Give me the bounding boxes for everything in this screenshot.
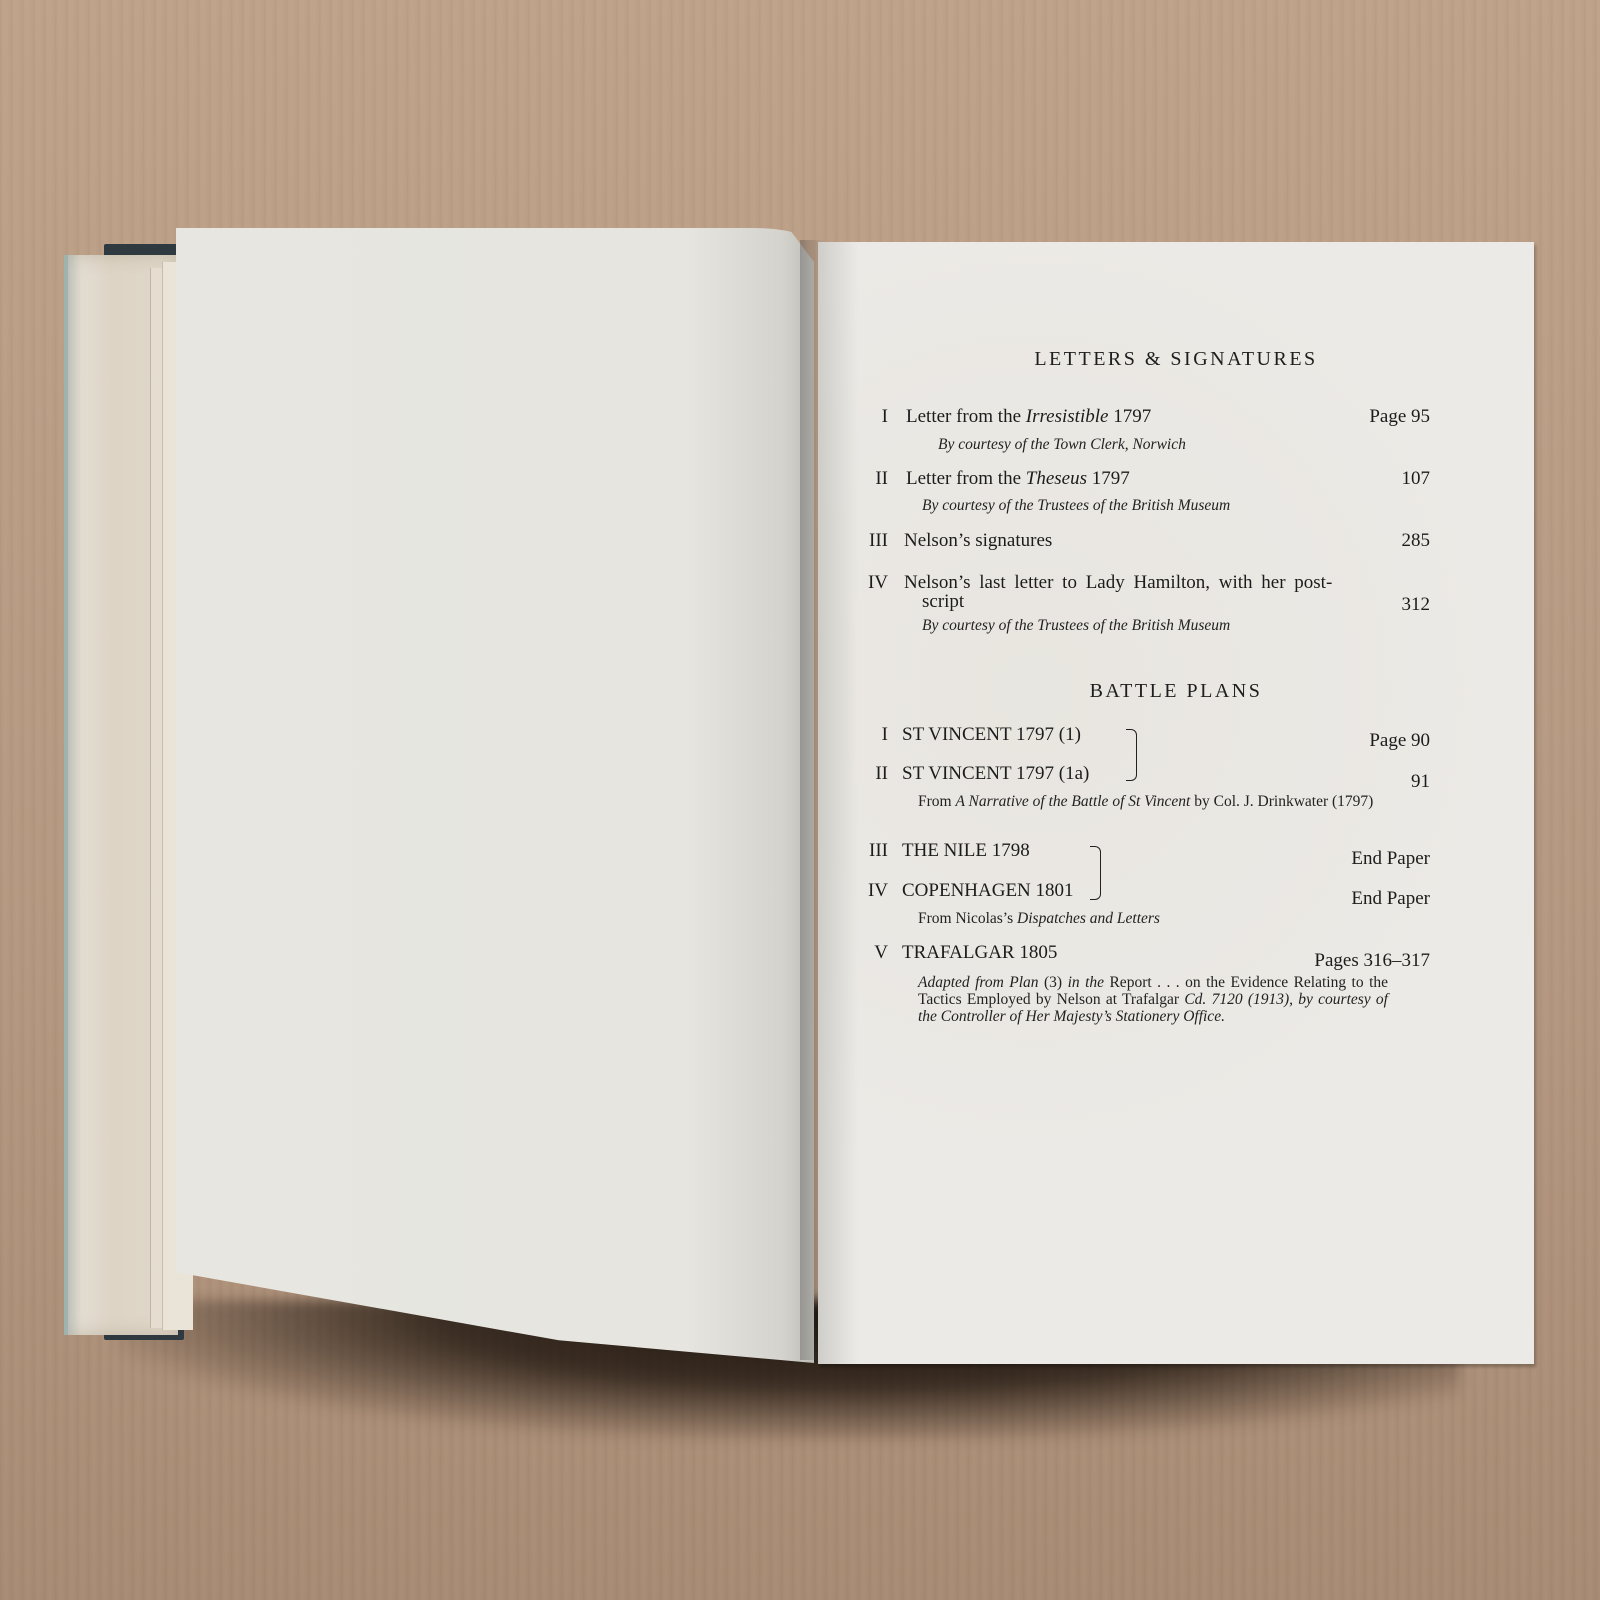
entry-title: Letter from the Theseus 1797 xyxy=(906,468,1130,490)
entry-number: IV xyxy=(818,880,888,902)
entry-page: 107 xyxy=(1402,468,1431,490)
entry-title-line2: script xyxy=(922,591,964,613)
entry-number: II xyxy=(818,763,888,785)
st-vincent-credit: From A Narrative of the Battle of St Vin… xyxy=(918,793,1388,810)
entry-page: Page 90 xyxy=(1369,730,1430,752)
entry-title: Letter from the Irresistible 1797 xyxy=(906,406,1151,428)
left-page-blank xyxy=(176,228,814,1363)
entry-number: V xyxy=(818,942,888,964)
grouping-brace xyxy=(1090,846,1101,900)
entry-title: ST VINCENT 1797 (1) xyxy=(902,724,1081,746)
entry-page: 285 xyxy=(1402,530,1431,552)
entry-page: End Paper xyxy=(1351,848,1430,870)
entry-title: COPENHAGEN 1801 xyxy=(902,880,1074,902)
entry-credit: By courtesy of the Town Clerk, Norwich xyxy=(938,436,1186,454)
entry-title: ST VINCENT 1797 (1a) xyxy=(902,763,1089,785)
grouping-brace xyxy=(1126,729,1137,781)
entry-page: Pages 316–317 xyxy=(1314,950,1430,972)
battle-plans-heading: BATTLE PLANS xyxy=(818,680,1534,703)
right-page: LETTERS & SIGNATURES I Letter from the I… xyxy=(818,242,1534,1364)
entry-title: TRAFALGAR 1805 xyxy=(902,942,1057,964)
entry-number: III xyxy=(818,840,888,862)
entry-title-line1: Nelson’s last letter to Lady Hamilton, w… xyxy=(904,572,1332,594)
trafalgar-credit: Adapted from Plan (3) in the Report . . … xyxy=(918,974,1388,1025)
entry-page: Page 95 xyxy=(1369,406,1430,428)
entry-credit: By courtesy of the Trustees of the Briti… xyxy=(922,617,1230,635)
letters-signatures-heading: LETTERS & SIGNATURES xyxy=(818,348,1534,371)
entry-number: III xyxy=(818,530,888,552)
entry-page: End Paper xyxy=(1351,888,1430,910)
entry-number: I xyxy=(818,406,888,428)
nile-copenhagen-credit: From Nicolas’s Dispatches and Letters xyxy=(918,910,1398,927)
entry-number: I xyxy=(818,724,888,746)
entry-title: Nelson’s signatures xyxy=(904,530,1052,552)
entry-number: II xyxy=(818,468,888,490)
entry-credit: By courtesy of the Trustees of the Briti… xyxy=(922,497,1230,515)
entry-page: 312 xyxy=(1402,594,1431,616)
entry-page: 91 xyxy=(1411,771,1430,793)
entry-title: THE NILE 1798 xyxy=(902,840,1030,862)
entry-number: IV xyxy=(818,572,888,594)
